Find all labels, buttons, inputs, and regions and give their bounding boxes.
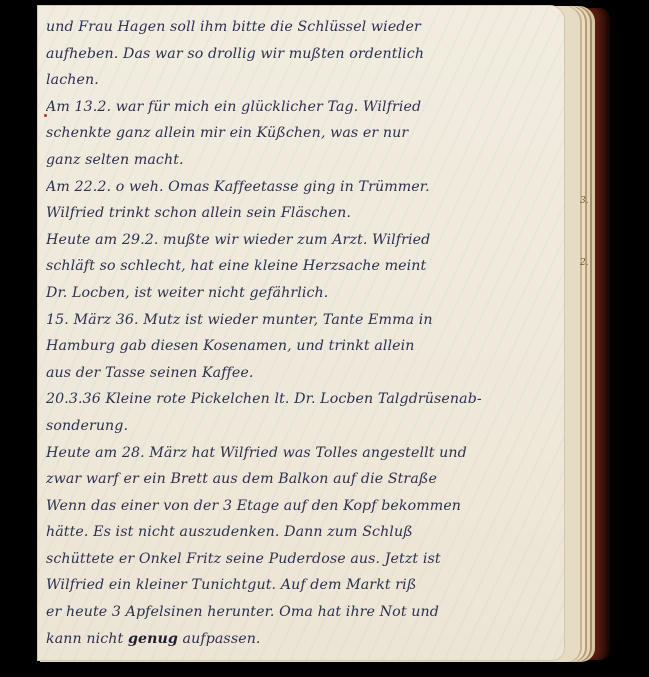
text-line: Hamburg gab diesen Kosenamen, und trinkt…	[46, 333, 554, 360]
text-line: schüttete er Onkel Fritz seine Puderdose…	[46, 546, 554, 573]
text-line: schenkte ganz allein mir ein Küßchen, wa…	[46, 120, 554, 147]
text-line: er heute 3 Apfelsinen herunter. Oma hat …	[46, 599, 554, 626]
text-line: ganz selten macht.	[46, 147, 554, 174]
text-line: zwar warf er ein Brett aus dem Balkon au…	[46, 466, 554, 493]
text-line: aus der Tasse seinen Kaffee.	[46, 360, 554, 387]
text-line: Wenn das einer von der 3 Etage auf den K…	[46, 493, 554, 520]
text-line: sonderung.	[46, 413, 554, 440]
text-line: lachen.	[46, 67, 554, 94]
text-line: 15. März 36. Mutz ist wieder munter, Tan…	[46, 307, 554, 334]
text-line: Wilfried trinkt schon allein sein Fläsch…	[46, 200, 554, 227]
text-line: Am 22.2. o weh. Omas Kaffeetasse ging in…	[46, 174, 554, 201]
margin-mark: 3.	[580, 196, 589, 206]
handwritten-text: und Frau Hagen soll ihm bitte die Schlüs…	[46, 14, 554, 652]
text-line: und Frau Hagen soll ihm bitte die Schlüs…	[46, 14, 554, 41]
text-segment: aufpassen.	[178, 631, 261, 647]
emphasized-word: genug	[128, 631, 178, 647]
text-line-last: kann nicht genug aufpassen.	[46, 626, 554, 653]
text-line: 20.3.36 Kleine rote Pickelchen lt. Dr. L…	[46, 386, 554, 413]
text-line: Heute am 28. März hat Wilfried was Tolle…	[46, 440, 554, 467]
text-line: Dr. Locben, ist weiter nicht gefährlich.	[46, 280, 554, 307]
text-segment: kann nicht	[46, 631, 123, 647]
diary-page: und Frau Hagen soll ihm bitte die Schlüs…	[38, 6, 564, 660]
text-line: Wilfried ein kleiner Tunichtgut. Auf dem…	[46, 572, 554, 599]
text-line: Am 13.2. war für mich ein glücklicher Ta…	[46, 94, 554, 121]
margin-mark: 2.	[580, 258, 589, 268]
text-line: schläft so schlecht, hat eine kleine Her…	[46, 253, 554, 280]
text-line: aufheben. Das war so drollig wir mußten …	[46, 41, 554, 68]
text-line: Heute am 29.2. mußte wir wieder zum Arzt…	[46, 227, 554, 254]
text-line: hätte. Es ist nicht auszudenken. Dann zu…	[46, 519, 554, 546]
